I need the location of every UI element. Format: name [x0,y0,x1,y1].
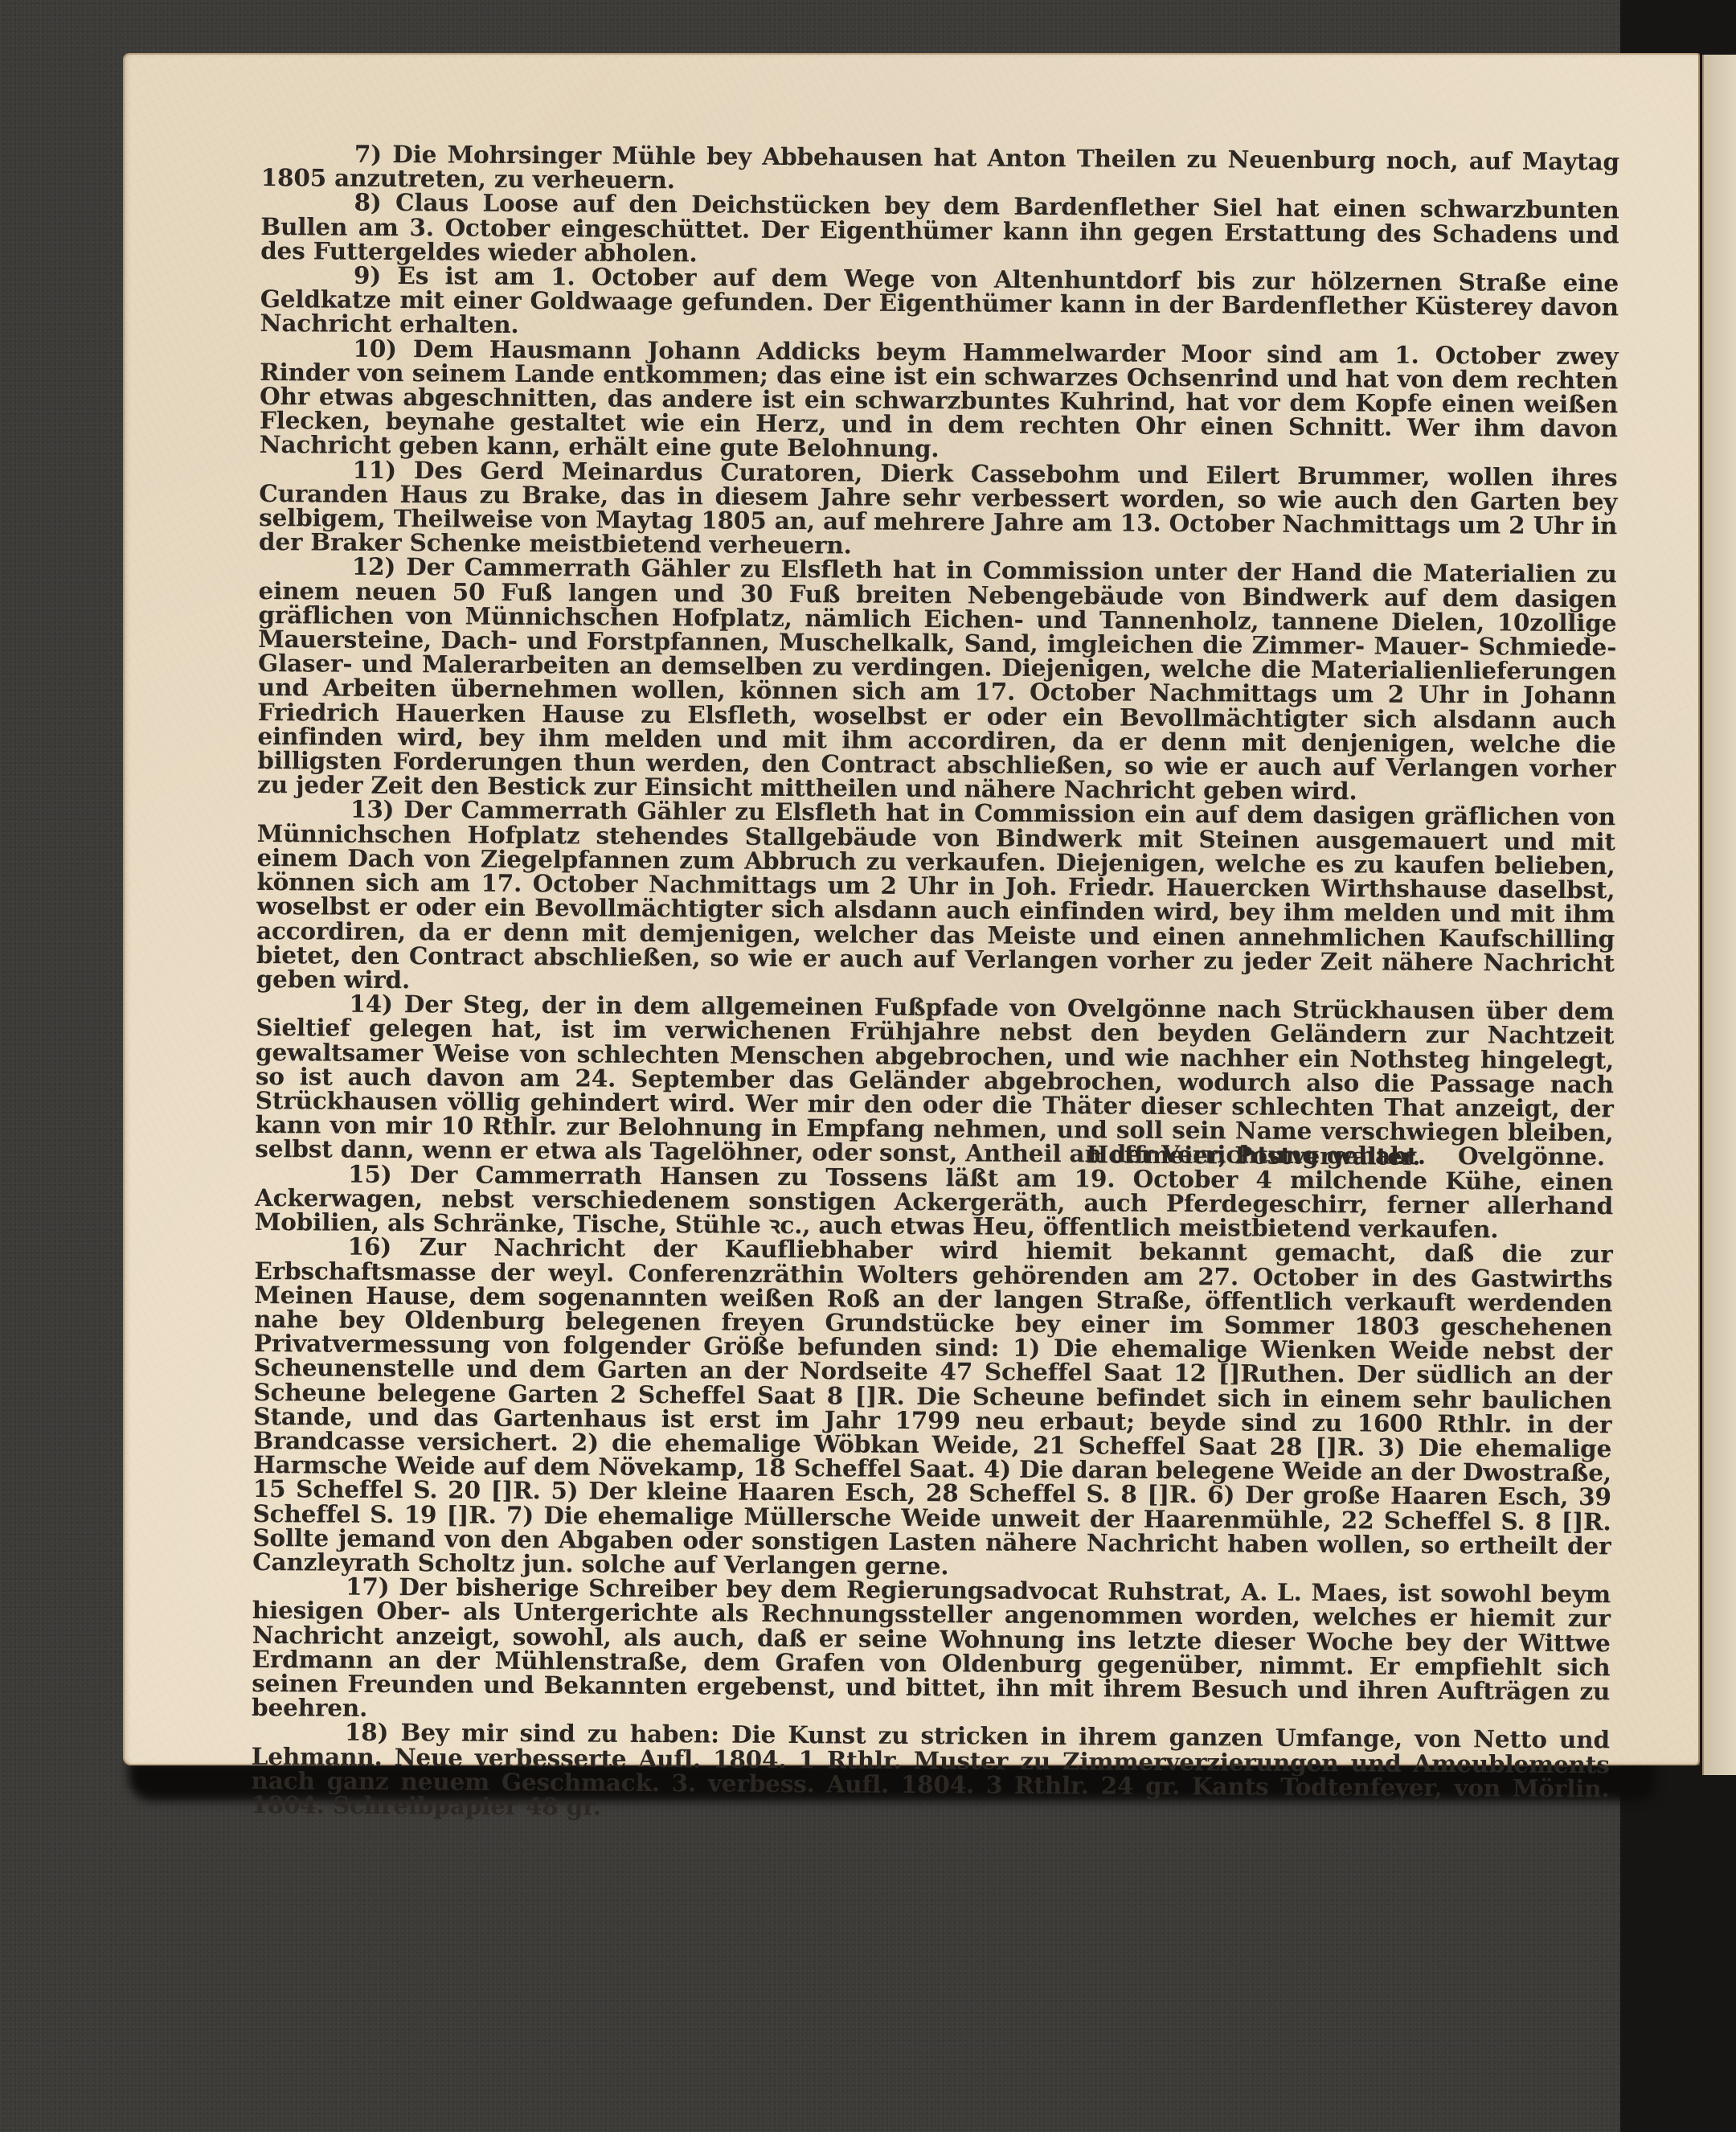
notice-text: Die Mohrsinger Mühle bey Abbehausen hat … [261,140,1619,194]
notice-text: Es ist am 1. October auf dem Wege von Al… [260,261,1619,338]
notice-text: Claus Loose auf den Deichstücken bey dem… [260,188,1619,267]
notices-column: 7) Die Mohrsinger Mühle bey Abbehausen h… [251,141,1619,1826]
notice-text: Der Cammerrath Gähler zu Elsfleth hat in… [256,796,1615,994]
notice-18: 18) Bey mir sind zu haben: Die Kunst zu … [251,1720,1610,1825]
notice-text: Dem Hausmann Johann Addicks beym Hammelw… [260,334,1619,463]
notice-16: 16) Zur Nachricht der Kaufliebhaber wird… [252,1234,1613,1582]
notice-text: Der bisherige Schreiber bey dem Regierun… [252,1572,1611,1722]
notice-17: 17) Der bisherige Schreiber bey dem Regi… [252,1574,1611,1728]
notice-9: 9) Es ist am 1. October auf dem Wege von… [260,263,1619,344]
notice-text: Des Gerd Meinardus Curatoren, Dierk Cass… [259,456,1618,560]
page-gutter [1698,53,1700,1765]
facing-page-edge [1702,55,1736,1775]
notice-10: 10) Dem Hausmann Johann Addicks beym Ham… [260,336,1619,465]
notice-text: Der Cammerrath Hansen zu Tossens läßt am… [255,1160,1614,1244]
notice-text: Der Cammerrath Gähler zu Elsfleth hat in… [257,553,1617,806]
notice-8: 8) Claus Loose auf den Deichstücken bey … [260,190,1619,271]
notice-15: 15) Der Cammerrath Hansen zu Tossens läß… [255,1162,1614,1243]
notice-11: 11) Des Gerd Meinardus Curatoren, Dierk … [259,457,1618,563]
notice-text: Zur Nachricht der Kaufliebhaber wird hie… [252,1233,1613,1581]
notice-12: 12) Der Cammerrath Gähler zu Elsfleth ha… [257,554,1617,805]
notice-13: 13) Der Cammerrath Gähler zu Elsfleth ha… [256,797,1615,999]
notice-text: Bey mir sind zu haben: Die Kunst zu stri… [251,1719,1610,1821]
